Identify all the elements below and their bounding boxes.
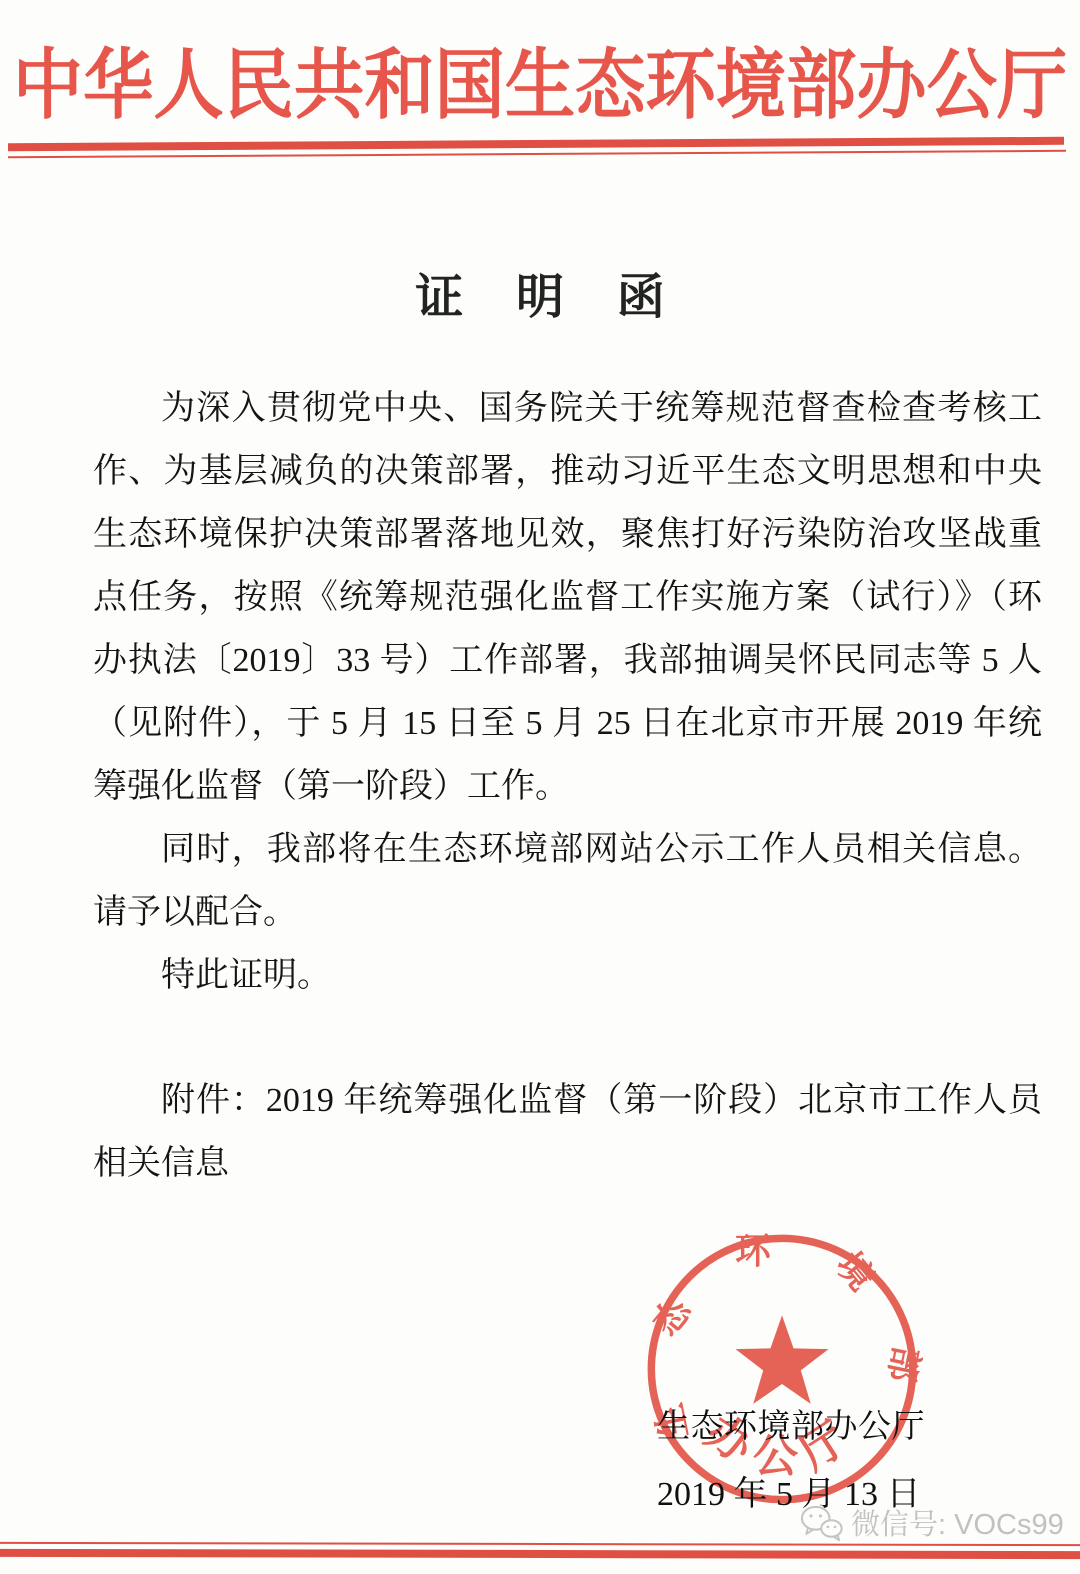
body-paragraph-1: 为深入贯彻党中央、国务院关于统筹规范督查检查考核工作、为基层减负的决策部署，推动…: [93, 377, 1042, 818]
seal-star-icon: [735, 1315, 828, 1403]
wechat-id-label: 微信号: VOCs99: [851, 1502, 1064, 1543]
body-paragraph-2: 同时，我部将在生态环境部网站公示工作人员相关信息。请予以配合。: [93, 818, 1042, 944]
footer-divider-thick: [0, 1549, 1080, 1559]
letterhead-divider-thick: [8, 137, 1064, 151]
document-page: 中华人民共和国生态环境部办公厅 证明函 为深入贯彻党中央、国务院关于统筹规范督查…: [0, 0, 1080, 1574]
attachment-note: 附件：2019 年统筹强化监督（第一阶段）北京市工作人员相关信息: [93, 1069, 1042, 1195]
wechat-watermark: 微信号: VOCs99: [800, 1502, 1064, 1543]
letterhead-divider-thin: [8, 150, 1066, 158]
document-title-text: 证明函: [415, 271, 717, 324]
wechat-icon: [800, 1504, 844, 1542]
document-body: 为深入贯彻党中央、国务院关于统筹规范督查检查考核工作、为基层减负的决策部署，推动…: [93, 377, 1042, 1195]
issuer-signature: 生态环境部办公厅: [657, 1400, 925, 1447]
letterhead-title: 中华人民共和国生态环境部办公厅: [5, 24, 1074, 134]
document-title: 证明函: [0, 258, 1080, 327]
body-paragraph-3: 特此证明。: [93, 944, 1042, 1007]
